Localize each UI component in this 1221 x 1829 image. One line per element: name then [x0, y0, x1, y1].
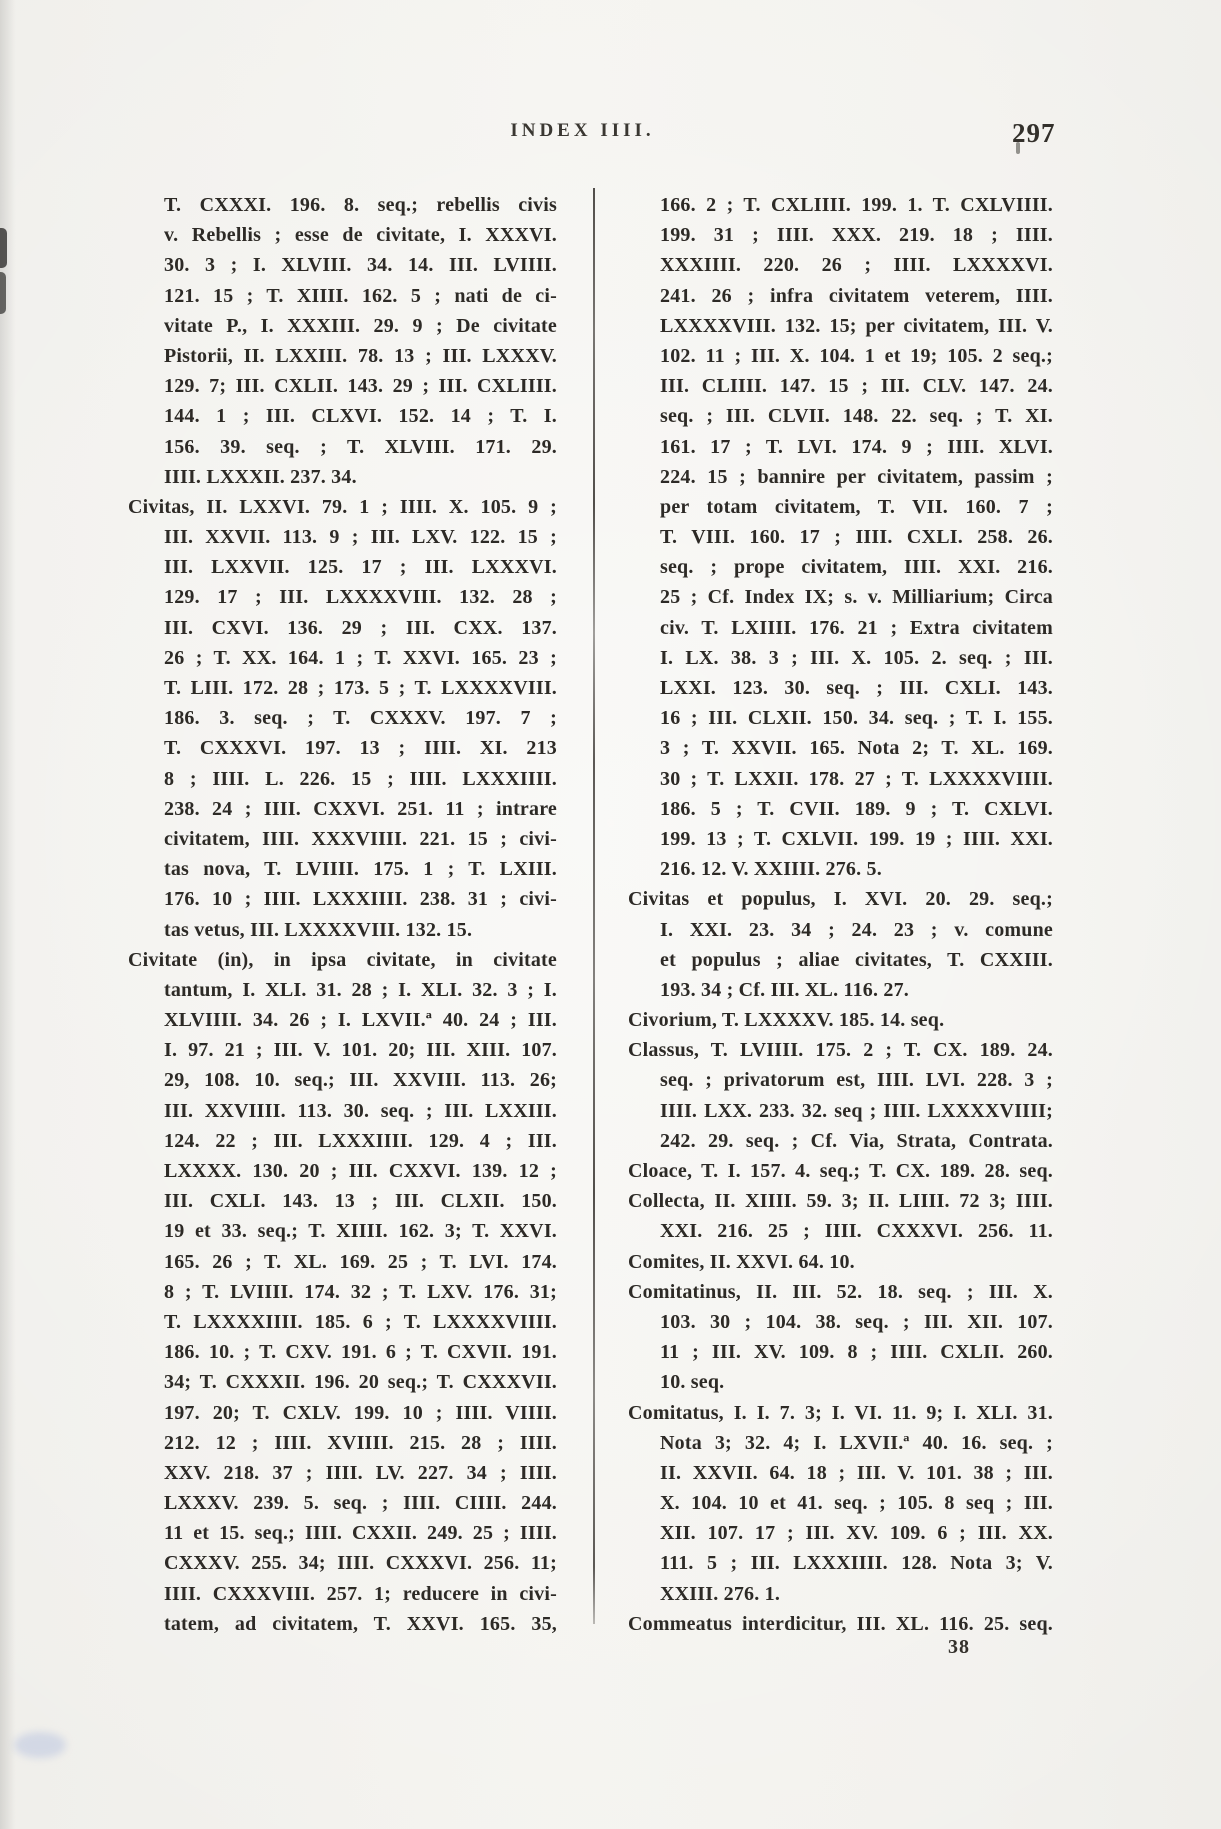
index-line: 103. 30 ; 104. 38. seq. ; III. XII. 107.: [628, 1307, 1053, 1337]
index-line: LXXXV. 239. 5. seq. ; IIII. CIIII. 244.: [128, 1488, 557, 1518]
index-line: XXXIIII. 220. 26 ; IIII. LXXXXVI.: [628, 250, 1053, 280]
index-line: v. Rebellis ; esse de civitate, I. XXXVI…: [128, 220, 557, 250]
index-line: 224. 15 ; bannire per civitatem, passim …: [628, 462, 1053, 492]
index-line: 121. 15 ; T. XIIII. 162. 5 ; nati de ci-: [128, 281, 557, 311]
index-line: Commeatus interdicitur, III. XL. 116. 25…: [628, 1609, 1053, 1639]
index-line: III. LXXVII. 125. 17 ; III. LXXXVI.: [128, 552, 557, 582]
index-line: 8 ; T. LVIIII. 174. 32 ; T. LXV. 176. 31…: [128, 1277, 557, 1307]
index-line: III. XXVII. 113. 9 ; III. LXV. 122. 15 ;: [128, 522, 557, 552]
index-line: III. CXLI. 143. 13 ; III. CLXII. 150.: [128, 1186, 557, 1216]
index-line: 10. seq.: [628, 1367, 1053, 1397]
index-line: 144. 1 ; III. CLXVI. 152. 14 ; T. I.: [128, 401, 557, 431]
index-line: Civitate (in), in ipsa civitate, in civi…: [128, 945, 557, 975]
index-line: 11 et 15. seq.; IIII. CXXII. 249. 25 ; I…: [128, 1518, 557, 1548]
index-column-right: 166. 2 ; T. CXLIIII. 199. 1. T. CXLVIIII…: [628, 190, 1053, 1639]
index-line: 241. 26 ; infra civitatem veterem, IIII.: [628, 281, 1053, 311]
index-line: 129. 7; III. CXLII. 143. 29 ; III. CXLII…: [128, 371, 557, 401]
scan-edge-shading: [0, 0, 16, 1829]
index-line: CXXXV. 255. 34; IIII. CXXXVI. 256. 11;: [128, 1548, 557, 1578]
column-divider: [593, 188, 595, 1624]
page-number: 297: [1012, 118, 1056, 149]
index-line: T. VIII. 160. 17 ; IIII. CXLI. 258. 26.: [628, 522, 1053, 552]
index-line: II. XXVII. 64. 18 ; III. V. 101. 38 ; II…: [628, 1458, 1053, 1488]
index-line: 16 ; III. CLXII. 150. 34. seq. ; T. I. 1…: [628, 703, 1053, 733]
index-line: per totam civitatem, T. VII. 160. 7 ;: [628, 492, 1053, 522]
index-line: tas nova, T. LVIIII. 175. 1 ; T. LXIII.: [128, 854, 557, 884]
index-line: 238. 24 ; IIII. CXXVI. 251. 11 ; intrare: [128, 794, 557, 824]
index-line: XXI. 216. 25 ; IIII. CXXXVI. 256. 11.: [628, 1216, 1053, 1246]
index-line: Civitas et populus, I. XVI. 20. 29. seq.…: [628, 884, 1053, 914]
index-line: 111. 5 ; III. LXXXIIII. 128. Nota 3; V.: [628, 1548, 1053, 1578]
index-line: Classus, T. LVIIII. 175. 2 ; T. CX. 189.…: [628, 1035, 1053, 1065]
scan-artifact-blot: [0, 272, 6, 314]
index-line: T. LXXXXIIII. 185. 6 ; T. LXXXXVIIII.: [128, 1307, 557, 1337]
index-line: XXIII. 276. 1.: [628, 1579, 1053, 1609]
index-line: Collecta, II. XIIII. 59. 3; II. LIIII. 7…: [628, 1186, 1053, 1216]
index-line: seq. ; prope civitatem, IIII. XXI. 216.: [628, 552, 1053, 582]
index-line: 102. 11 ; III. X. 104. 1 et 19; 105. 2 s…: [628, 341, 1053, 371]
index-line: 199. 13 ; T. CXLVII. 199. 19 ; IIII. XXI…: [628, 824, 1053, 854]
index-line: XLVIIII. 34. 26 ; I. LXVII.ª 40. 24 ; II…: [128, 1005, 557, 1035]
index-line: vitate P., I. XXXIII. 29. 9 ; De civitat…: [128, 311, 557, 341]
index-line: XII. 107. 17 ; III. XV. 109. 6 ; III. XX…: [628, 1518, 1053, 1548]
index-line: 186. 3. seq. ; T. CXXXV. 197. 7 ;: [128, 703, 557, 733]
index-line: LXXXXVIII. 132. 15; per civitatem, III. …: [628, 311, 1053, 341]
index-line: 186. 10. ; T. CXV. 191. 6 ; T. CXVII. 19…: [128, 1337, 557, 1367]
index-line: 212. 12 ; IIII. XVIIII. 215. 28 ; IIII.: [128, 1428, 557, 1458]
index-line: T. CXXXI. 196. 8. seq.; rebellis civis: [128, 190, 557, 220]
index-line: 193. 34 ; Cf. III. XL. 116. 27.: [628, 975, 1053, 1005]
index-line: civ. T. LXIIII. 176. 21 ; Extra civitate…: [628, 613, 1053, 643]
index-line: 26 ; T. XX. 164. 1 ; T. XXVI. 165. 23 ;: [128, 643, 557, 673]
index-line: Comites, II. XXVI. 64. 10.: [628, 1247, 1053, 1277]
index-line: 166. 2 ; T. CXLIIII. 199. 1. T. CXLVIIII…: [628, 190, 1053, 220]
signature-number: 38: [948, 1636, 970, 1659]
index-line: Civorium, T. LXXXXV. 185. 14. seq.: [628, 1005, 1053, 1035]
index-line: 242. 29. seq. ; Cf. Via, Strata, Contrat…: [628, 1126, 1053, 1156]
index-line: III. CXVI. 136. 29 ; III. CXX. 137.: [128, 613, 557, 643]
index-line: 216. 12. V. XXIIII. 276. 5.: [628, 854, 1053, 884]
page-header-title: INDEX IIII.: [75, 120, 1090, 142]
index-line: 161. 17 ; T. LVI. 174. 9 ; IIII. XLVI.: [628, 432, 1053, 462]
index-line: Pistorii, II. LXXIII. 78. 13 ; III. LXXX…: [128, 341, 557, 371]
index-line: 25 ; Cf. Index IX; s. v. Milliarium; Cir…: [628, 582, 1053, 612]
index-line: 156. 39. seq. ; T. XLVIII. 171. 29.: [128, 432, 557, 462]
index-line: Cloace, T. I. 157. 4. seq.; T. CX. 189. …: [628, 1156, 1053, 1186]
scan-artifact-smudge: [14, 1732, 66, 1758]
index-line: 34; T. CXXXII. 196. 20 seq.; T. CXXXVII.: [128, 1367, 557, 1397]
index-line: 129. 17 ; III. LXXXXVIII. 132. 28 ;: [128, 582, 557, 612]
index-line: 165. 26 ; T. XL. 169. 25 ; T. LVI. 174.: [128, 1247, 557, 1277]
index-line: LXXI. 123. 30. seq. ; III. CXLI. 143.: [628, 673, 1053, 703]
index-line: civitatem, IIII. XXXVIIII. 221. 15 ; civ…: [128, 824, 557, 854]
index-line: III. XXVIIII. 113. 30. seq. ; III. LXXII…: [128, 1096, 557, 1126]
index-column-left: T. CXXXI. 196. 8. seq.; rebellis civisv.…: [128, 190, 557, 1639]
index-line: 8 ; IIII. L. 226. 15 ; IIII. LXXXIIII.: [128, 764, 557, 794]
index-line: 11 ; III. XV. 109. 8 ; IIII. CXLII. 260.: [628, 1337, 1053, 1367]
index-line: IIII. LXXXII. 237. 34.: [128, 462, 557, 492]
index-line: 29, 108. 10. seq.; III. XXVIII. 113. 26;: [128, 1065, 557, 1095]
index-line: LXXXX. 130. 20 ; III. CXXVI. 139. 12 ;: [128, 1156, 557, 1186]
index-line: XXV. 218. 37 ; IIII. LV. 227. 34 ; IIII.: [128, 1458, 557, 1488]
index-line: 19 et 33. seq.; T. XIIII. 162. 3; T. XXV…: [128, 1216, 557, 1246]
index-line: I. XXI. 23. 34 ; 24. 23 ; v. comune: [628, 915, 1053, 945]
index-line: IIII. CXXXVIII. 257. 1; reducere in civi…: [128, 1579, 557, 1609]
index-line: 186. 5 ; T. CVII. 189. 9 ; T. CXLVI.: [628, 794, 1053, 824]
index-line: 3 ; T. XXVII. 165. Nota 2; T. XL. 169.: [628, 733, 1053, 763]
index-line: I. LX. 38. 3 ; III. X. 105. 2. seq. ; II…: [628, 643, 1053, 673]
index-line: tantum, I. XLI. 31. 28 ; I. XLI. 32. 3 ;…: [128, 975, 557, 1005]
index-line: X. 104. 10 et 41. seq. ; 105. 8 seq ; II…: [628, 1488, 1053, 1518]
index-line: IIII. LXX. 233. 32. seq ; IIII. LXXXXVII…: [628, 1096, 1053, 1126]
index-line: 176. 10 ; IIII. LXXXIIII. 238. 31 ; civi…: [128, 884, 557, 914]
index-line: 199. 31 ; IIII. XXX. 219. 18 ; IIII.: [628, 220, 1053, 250]
index-line: 30 ; T. LXXII. 178. 27 ; T. LXXXXVIIII.: [628, 764, 1053, 794]
index-line: Civitas, II. LXXVI. 79. 1 ; IIII. X. 105…: [128, 492, 557, 522]
index-line: Comitatus, I. I. 7. 3; I. VI. 11. 9; I. …: [628, 1398, 1053, 1428]
index-line: tas vetus, III. LXXXXVIII. 132. 15.: [128, 915, 557, 945]
index-line: T. CXXXVI. 197. 13 ; IIII. XI. 213: [128, 733, 557, 763]
index-line: T. LIII. 172. 28 ; 173. 5 ; T. LXXXXVIII…: [128, 673, 557, 703]
book-page: INDEX IIII. 297 T. CXXXI. 196. 8. seq.; …: [0, 0, 1221, 1829]
index-line: I. 97. 21 ; III. V. 101. 20; III. XIII. …: [128, 1035, 557, 1065]
index-line: et populus ; aliae civitates, T. CXXIII.: [628, 945, 1053, 975]
index-line: seq. ; III. CLVII. 148. 22. seq. ; T. XI…: [628, 401, 1053, 431]
index-line: 197. 20; T. CXLV. 199. 10 ; IIII. VIIII.: [128, 1398, 557, 1428]
index-line: III. CLIIII. 147. 15 ; III. CLV. 147. 24…: [628, 371, 1053, 401]
index-line: Nota 3; 32. 4; I. LXVII.ª 40. 16. seq. ;: [628, 1428, 1053, 1458]
index-line: 30. 3 ; I. XLVIII. 34. 14. III. LVIIII.: [128, 250, 557, 280]
index-line: 124. 22 ; III. LXXXIIII. 129. 4 ; III.: [128, 1126, 557, 1156]
index-line: Comitatinus, II. III. 52. 18. seq. ; III…: [628, 1277, 1053, 1307]
index-line: seq. ; privatorum est, IIII. LVI. 228. 3…: [628, 1065, 1053, 1095]
scan-artifact-blot: [0, 228, 7, 268]
index-line: tatem, ad civitatem, T. XXVI. 165. 35,: [128, 1609, 557, 1639]
